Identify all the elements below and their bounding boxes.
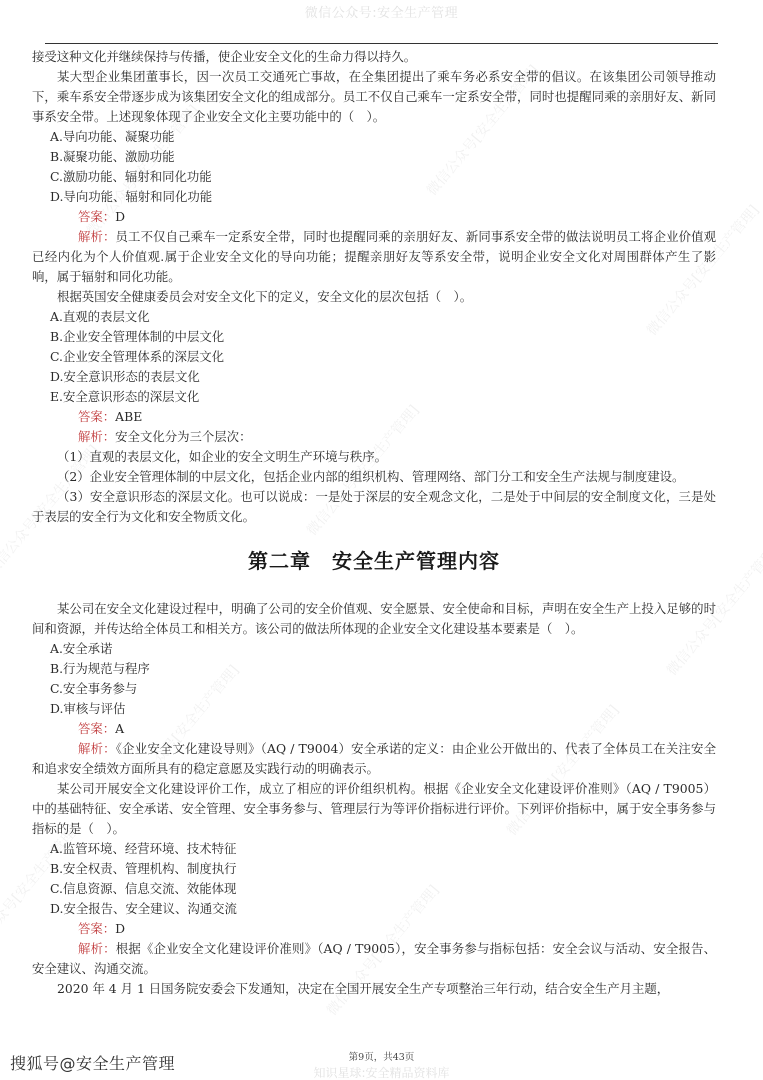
question-stem: 某公司在安全文化建设过程中，明确了公司的安全价值观、安全愿景、安全使命和目标，声… (32, 599, 716, 639)
answer-label: 答案： (78, 921, 115, 936)
option: B.行为规范与程序 (32, 659, 716, 679)
option: A.直观的表层文化 (32, 307, 716, 327)
answer: 答案：ABE (32, 407, 716, 427)
answer-value: D (115, 209, 125, 224)
question-2: 根据英国安全健康委员会对安全文化下的定义，安全文化的层次包括（ ）。 A.直观的… (32, 287, 716, 527)
question-5-stem-start: 2020 年 4 月 1 日国务院安委会下发通知，决定在全国开展安全生产专项整治… (32, 979, 716, 999)
analysis-label: 解析： (78, 429, 115, 444)
answer: 答案：D (32, 207, 716, 227)
option: D.审核与评估 (32, 699, 716, 719)
option: A.安全承诺 (32, 639, 716, 659)
analysis-point: （3）安全意识形态的深层文化。也可以说成：一是处于深层的安全观念文化，二是处于中… (32, 487, 716, 527)
question-3: 某公司在安全文化建设过程中，明确了公司的安全价值观、安全愿景、安全使命和目标，声… (32, 599, 716, 779)
answer: 答案：D (32, 919, 716, 939)
analysis-label: 解析： (78, 229, 116, 244)
option: B.企业安全管理体制的中层文化 (32, 327, 716, 347)
answer-value: ABE (115, 409, 142, 424)
question-4: 某公司开展安全文化建设评价工作，成立了相应的评价组织机构。根据《企业安全文化建设… (32, 779, 716, 979)
option: C.企业安全管理体系的深层文化 (32, 347, 716, 367)
bottom-watermark: 知识星球:安全精品资料库 (0, 1064, 763, 1080)
analysis: 解析：员工不仅自己乘车一定系安全带，同时也提醒同乘的亲朋好友、新同事系安全带的做… (32, 227, 716, 287)
page-number: 第9页，共43页 (0, 1049, 763, 1063)
question-stem: 某大型企业集团董事长，因一次员工交通死亡事故，在全集团提出了乘车务必系安全带的倡… (32, 67, 716, 127)
answer-label: 答案： (78, 409, 115, 424)
option: C.信息资源、信息交流、效能体现 (32, 879, 716, 899)
option: D.导向功能、辐射和同化功能 (32, 187, 716, 207)
answer: 答案：A (32, 719, 716, 739)
analysis: 解析：安全文化分为三个层次： (32, 427, 716, 447)
analysis-point: （2）企业安全管理体制的中层文化，包括企业内部的组织机构、管理网络、部门分工和安… (32, 467, 716, 487)
question-stem: 某公司开展安全文化建设评价工作，成立了相应的评价组织机构。根据《企业安全文化建设… (32, 779, 716, 839)
top-watermark: 微信公众号:安全生产管理 (0, 2, 763, 21)
answer-value: A (115, 721, 124, 736)
paragraph: 接受这种文化并继续保持与传播，使企业安全文化的生命力得以持久。 (32, 47, 716, 67)
analysis-text: 安全文化分为三个层次： (115, 429, 251, 444)
option: D.安全意识形态的表层文化 (32, 367, 716, 387)
header-rule (45, 43, 718, 44)
analysis-text: 根据《企业安全文化建设评价准则》（AQ / T9005），安全事务参与指标包括：… (32, 941, 716, 976)
question-1: 某大型企业集团董事长，因一次员工交通死亡事故，在全集团提出了乘车务必系安全带的倡… (32, 67, 716, 287)
option: A.监管环境、经营环境、技术特征 (32, 839, 716, 859)
analysis: 解析：《企业安全文化建设导则》（AQ / T9004）安全承诺的定义：由企业公开… (32, 739, 716, 779)
option: B.安全权责、管理机构、制度执行 (32, 859, 716, 879)
analysis-point: （1）直观的表层文化，如企业的安全文明生产环境与秩序。 (32, 447, 716, 467)
answer-label: 答案： (78, 209, 115, 224)
option: D.安全报告、安全建议、沟通交流 (32, 899, 716, 919)
chapter-title: 第二章 安全生产管理内容 (32, 551, 716, 571)
answer-value: D (115, 921, 125, 936)
option: C.激励功能、辐射和同化功能 (32, 167, 716, 187)
option: B.凝聚功能、激励功能 (32, 147, 716, 167)
option: E.安全意识形态的深层文化 (32, 387, 716, 407)
analysis-label: 解析： (78, 741, 116, 756)
answer-label: 答案： (78, 721, 115, 736)
question-stem: 根据英国安全健康委员会对安全文化下的定义，安全文化的层次包括（ ）。 (32, 287, 716, 307)
option: A.导向功能、凝聚功能 (32, 127, 716, 147)
analysis-text: 员工不仅自己乘车一定系安全带，同时也提醒同乘的亲朋好友、新同事系安全带的做法说明… (32, 229, 716, 284)
analysis-text: 《企业安全文化建设导则》（AQ / T9004）安全承诺的定义：由企业公开做出的… (32, 741, 716, 776)
analysis-label: 解析： (78, 941, 116, 956)
option: C.安全事务参与 (32, 679, 716, 699)
document-body: 接受这种文化并继续保持与传播，使企业安全文化的生命力得以持久。 某大型企业集团董… (32, 47, 716, 999)
analysis: 解析：根据《企业安全文化建设评价准则》（AQ / T9005），安全事务参与指标… (32, 939, 716, 979)
